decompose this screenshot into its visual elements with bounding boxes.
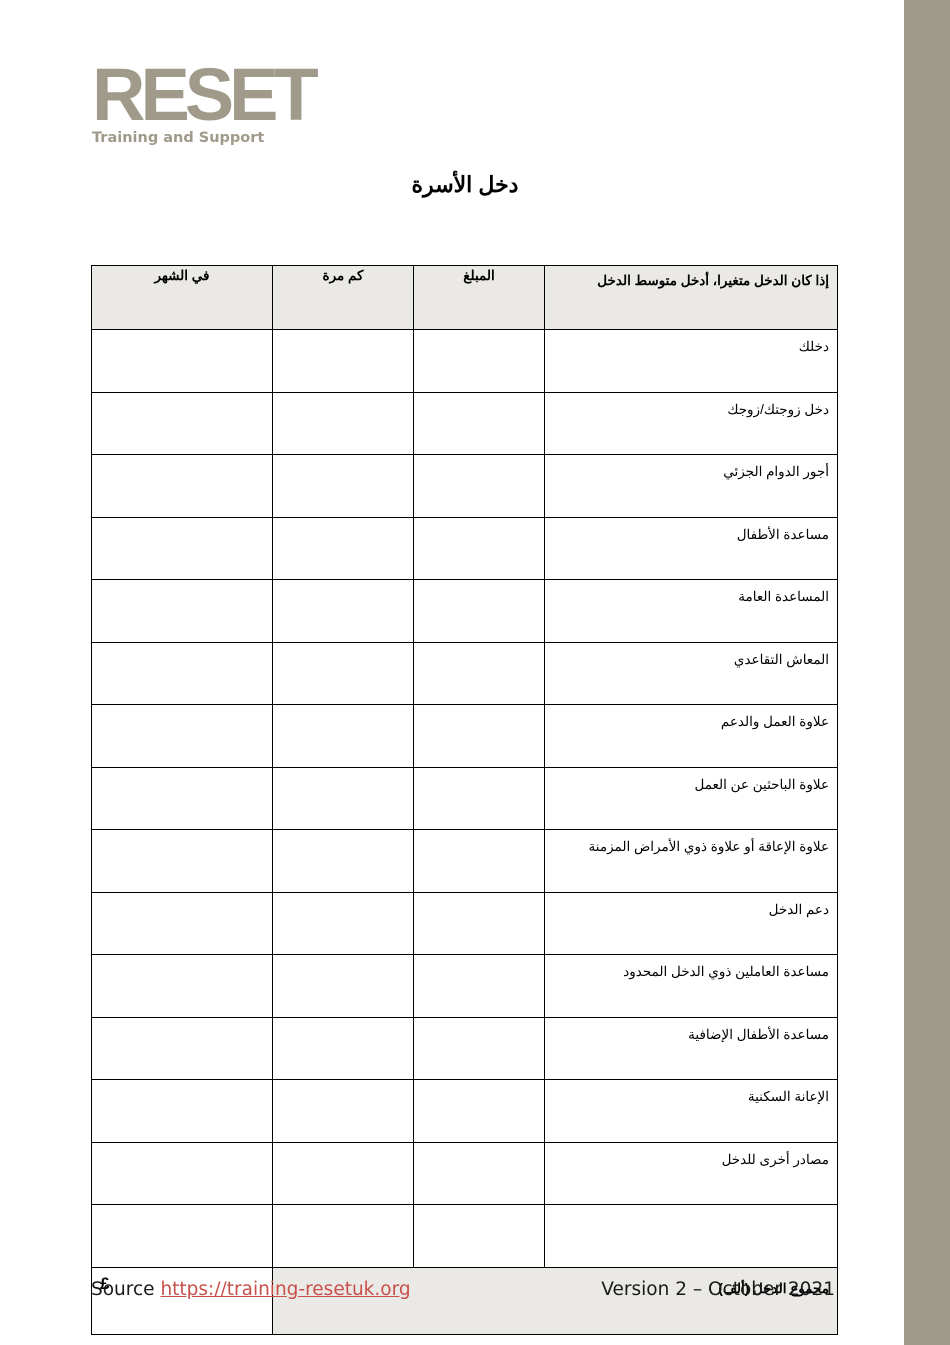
table-header-row: في الشهر كم مرة المبلغ إذا كان الدخل متغ… (92, 266, 838, 330)
table-row: علاوة الإعاقة أو علاوة ذوي الأمراض المزم… (92, 830, 838, 893)
income-source-label: مصادر أخرى للدخل (545, 1142, 838, 1205)
source-label: Source (91, 1279, 155, 1300)
table-row (92, 1205, 838, 1268)
how-often-cell[interactable] (273, 392, 414, 455)
per-month-cell[interactable] (92, 830, 273, 893)
income-source-label: علاوة الإعاقة أو علاوة ذوي الأمراض المزم… (545, 830, 838, 893)
per-month-cell[interactable] (92, 1080, 273, 1143)
income-source-label: علاوة العمل والدعم (545, 705, 838, 768)
decorative-side-bar (904, 0, 950, 1345)
table-row: أجور الدوام الجزئي (92, 455, 838, 518)
how-often-cell[interactable] (273, 1080, 414, 1143)
income-source-label: دعم الدخل (545, 892, 838, 955)
how-often-cell[interactable] (273, 955, 414, 1018)
amount-cell[interactable] (414, 955, 545, 1018)
table-row: مساعدة العاملين ذوي الدخل المحدود (92, 955, 838, 1018)
how-often-cell[interactable] (273, 705, 414, 768)
reset-logo: RESET Training and Support (92, 62, 292, 146)
table-row: مساعدة الأطفال الإضافية (92, 1017, 838, 1080)
amount-cell[interactable] (414, 1205, 545, 1268)
how-often-cell[interactable] (273, 455, 414, 518)
per-month-cell[interactable] (92, 955, 273, 1018)
amount-cell[interactable] (414, 642, 545, 705)
how-often-cell[interactable] (273, 1205, 414, 1268)
amount-cell[interactable] (414, 767, 545, 830)
amount-cell[interactable] (414, 892, 545, 955)
table-row: دخلك (92, 330, 838, 393)
per-month-cell[interactable] (92, 455, 273, 518)
amount-cell[interactable] (414, 1142, 545, 1205)
header-income-source: إذا كان الدخل متغيرا، أدخل متوسط الدخل (545, 266, 838, 330)
income-source-label: مساعدة الأطفال الإضافية (545, 1017, 838, 1080)
table-row: علاوة الباحثين عن العمل (92, 767, 838, 830)
header-how-often: كم مرة (273, 266, 414, 330)
table-row: دعم الدخل (92, 892, 838, 955)
per-month-cell[interactable] (92, 330, 273, 393)
income-source-label: مساعدة الأطفال (545, 517, 838, 580)
how-often-cell[interactable] (273, 892, 414, 955)
table-row: المعاش التقاعدي (92, 642, 838, 705)
income-source-label: دخلك (545, 330, 838, 393)
income-source-label: أجور الدوام الجزئي (545, 455, 838, 518)
table-row: دخل زوجتك/زوجك (92, 392, 838, 455)
total-value-cell[interactable]: £ (92, 1267, 273, 1334)
income-source-label (545, 1205, 838, 1268)
per-month-cell[interactable] (92, 580, 273, 643)
income-source-label: دخل زوجتك/زوجك (545, 392, 838, 455)
amount-cell[interactable] (414, 455, 545, 518)
income-source-label: علاوة الباحثين عن العمل (545, 767, 838, 830)
amount-cell[interactable] (414, 1017, 545, 1080)
how-often-cell[interactable] (273, 767, 414, 830)
table-row: علاوة العمل والدعم (92, 705, 838, 768)
amount-cell[interactable] (414, 705, 545, 768)
logo-wordmark: RESET (92, 62, 292, 128)
header-per-month: في الشهر (92, 266, 273, 330)
table-row: المساعدة العامة (92, 580, 838, 643)
header-amount: المبلغ (414, 266, 545, 330)
how-often-cell[interactable] (273, 1017, 414, 1080)
income-source-label: الإعانة السكنية (545, 1080, 838, 1143)
household-income-table: في الشهر كم مرة المبلغ إذا كان الدخل متغ… (91, 265, 838, 1335)
amount-cell[interactable] (414, 517, 545, 580)
how-often-cell[interactable] (273, 330, 414, 393)
per-month-cell[interactable] (92, 892, 273, 955)
amount-cell[interactable] (414, 330, 545, 393)
how-often-cell[interactable] (273, 1142, 414, 1205)
total-row: £ مجموع الدخل (ألف) (92, 1267, 838, 1334)
how-often-cell[interactable] (273, 830, 414, 893)
table-row: الإعانة السكنية (92, 1080, 838, 1143)
how-often-cell[interactable] (273, 642, 414, 705)
footer-version: Version 2 – October 2021 (601, 1279, 835, 1300)
how-often-cell[interactable] (273, 517, 414, 580)
amount-cell[interactable] (414, 1080, 545, 1143)
table-row: مصادر أخرى للدخل (92, 1142, 838, 1205)
amount-cell[interactable] (414, 392, 545, 455)
footer-source: Source https://training-resetuk.org (91, 1279, 411, 1300)
amount-cell[interactable] (414, 580, 545, 643)
income-source-label: المساعدة العامة (545, 580, 838, 643)
per-month-cell[interactable] (92, 642, 273, 705)
per-month-cell[interactable] (92, 705, 273, 768)
per-month-cell[interactable] (92, 517, 273, 580)
amount-cell[interactable] (414, 830, 545, 893)
per-month-cell[interactable] (92, 767, 273, 830)
how-often-cell[interactable] (273, 580, 414, 643)
income-source-label: مساعدة العاملين ذوي الدخل المحدود (545, 955, 838, 1018)
per-month-cell[interactable] (92, 1017, 273, 1080)
source-link[interactable]: https://training-resetuk.org (160, 1279, 410, 1300)
page-title: دخل الأسرة (0, 172, 930, 198)
income-source-label: المعاش التقاعدي (545, 642, 838, 705)
table-row: مساعدة الأطفال (92, 517, 838, 580)
per-month-cell[interactable] (92, 1142, 273, 1205)
per-month-cell[interactable] (92, 392, 273, 455)
per-month-cell[interactable] (92, 1205, 273, 1268)
total-label: مجموع الدخل (ألف) (273, 1267, 838, 1334)
